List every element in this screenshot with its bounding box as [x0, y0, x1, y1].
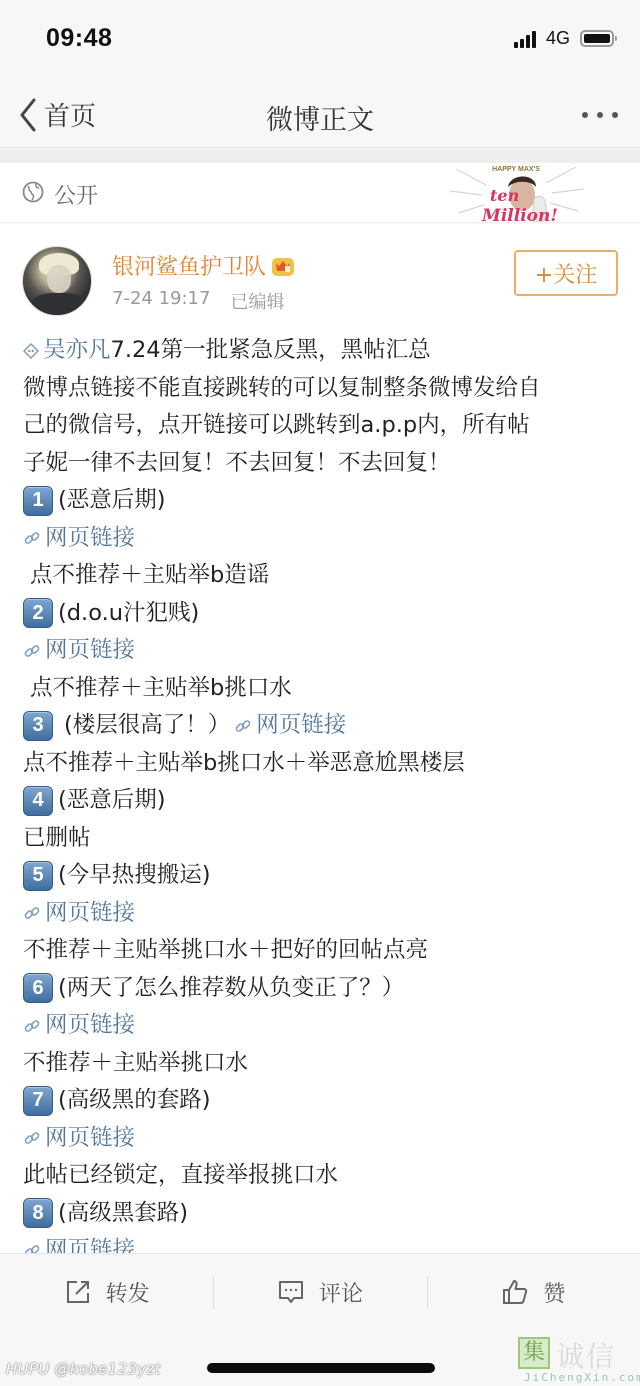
keycap-4-icon: 4	[23, 786, 53, 816]
svg-text:Million!: Million!	[481, 206, 558, 226]
post-text-line: 微博点链接不能直接跳转的可以复制整条微博发给自	[23, 370, 623, 408]
watermark-hupu: HUPU @kobe123yzt	[6, 1360, 161, 1378]
item-heading-2: 2 (d.o.u汁犯贱)	[23, 595, 623, 633]
home-indicator[interactable]	[207, 1363, 435, 1373]
keycap-3-icon: 3	[23, 711, 53, 741]
repost-button[interactable]: 转发	[0, 1254, 213, 1330]
post-text-line: 子妮一律不去回复！不去回复！不去回复！	[23, 445, 623, 483]
web-link-row: 网页链接	[23, 1232, 623, 1254]
web-link-1[interactable]: 网页链接	[23, 520, 135, 558]
item-heading-8: 8 (高级黑套路)	[23, 1195, 623, 1233]
item-note: 不推荐＋主贴举挑口水	[23, 1045, 623, 1083]
status-indicators: 4G	[514, 28, 614, 49]
more-button[interactable]	[582, 112, 618, 118]
web-link-8[interactable]: 网页链接	[23, 1232, 135, 1254]
web-link-7[interactable]: 网页链接	[23, 1120, 135, 1158]
link-icon	[23, 904, 41, 922]
svg-text:ten: ten	[490, 186, 519, 205]
comment-icon	[277, 1278, 305, 1306]
web-link-row: 网页链接	[23, 632, 623, 670]
link-icon	[234, 717, 252, 735]
item-heading-1: 1 (恶意后期)	[23, 482, 623, 520]
keycap-6-icon: 6	[23, 973, 53, 1003]
keycap-7-icon: 7	[23, 1086, 53, 1116]
repost-icon	[64, 1278, 92, 1306]
item-heading-5: 5 (今早热搜搬运)	[23, 857, 623, 895]
crown-icon	[271, 255, 295, 277]
network-type: 4G	[546, 28, 570, 49]
post-text-line: 己的微信号，点开链接可以跳转到a.p.p内，所有帖	[23, 407, 623, 445]
item-heading-7: 7 (高级黑的套路)	[23, 1082, 623, 1120]
battery-icon	[580, 30, 614, 47]
visibility-row: 公开 HAPPY MAX'S ten Million!	[0, 163, 640, 223]
item-note: 不推荐＋主贴举挑口水＋把好的回帖点亮	[23, 932, 623, 970]
post-meta: 7-24 19:17 已编辑	[112, 288, 284, 314]
item-heading-3: 3 (楼层很高了！） 网页链接	[23, 707, 623, 745]
item-heading-4: 4 (恶意后期)	[23, 782, 623, 820]
web-link-row: 网页链接	[23, 1120, 623, 1158]
like-button[interactable]: 赞	[427, 1254, 640, 1330]
topic-link[interactable]: 吴亦凡	[23, 332, 111, 370]
web-link-3[interactable]: 网页链接	[234, 707, 346, 745]
web-link-2[interactable]: 网页链接	[23, 632, 135, 670]
page-title: 微博正文	[0, 98, 640, 137]
more-icon	[582, 112, 588, 118]
watermark-logo-icon: 集	[518, 1337, 550, 1369]
post-time: 7-24 19:17	[112, 288, 210, 314]
item-note: 点不推荐＋主贴举b造谣	[23, 557, 623, 595]
status-time: 09:48	[46, 24, 112, 53]
status-bar: 09:48 4G	[0, 0, 640, 80]
avatar[interactable]	[22, 246, 92, 316]
link-icon	[23, 642, 41, 660]
post-card: 银河鲨鱼护卫队 7-24 19:17 已编辑 +关注 吴亦凡 7.24第一批紧急…	[0, 224, 640, 1254]
link-icon	[23, 529, 41, 547]
item-note: 点不推荐＋主贴举b挑口水＋举恶意尬黑楼层	[23, 745, 623, 783]
item-heading-6: 6 (两天了怎么推荐数从负变正了？）	[23, 970, 623, 1008]
web-link-6[interactable]: 网页链接	[23, 1007, 135, 1045]
link-icon	[23, 1129, 41, 1147]
visibility-label: 公开	[54, 179, 98, 210]
post-headline: 吴亦凡 7.24第一批紧急反黑，黑帖汇总	[23, 332, 623, 370]
keycap-1-icon: 1	[23, 486, 53, 516]
edited-label: 已编辑	[230, 288, 284, 314]
signal-icon	[514, 30, 536, 48]
link-icon	[23, 1017, 41, 1035]
comment-button[interactable]: 评论	[213, 1254, 426, 1330]
item-note: 点不推荐＋主贴举b挑口水	[23, 670, 623, 708]
action-bar: 转发 评论 赞	[0, 1253, 640, 1331]
nav-bar: 首页 微博正文	[0, 80, 640, 148]
keycap-8-icon: 8	[23, 1198, 53, 1228]
web-link-row: 网页链接	[23, 895, 623, 933]
author-name[interactable]: 银河鲨鱼护卫队	[112, 250, 295, 281]
super-topic-icon	[23, 343, 39, 359]
keycap-5-icon: 5	[23, 861, 53, 891]
item-note: 已删帖	[23, 820, 623, 858]
web-link-row: 网页链接	[23, 520, 623, 558]
web-link-row: 网页链接	[23, 1007, 623, 1045]
thumbs-up-icon	[501, 1278, 529, 1306]
globe-icon	[22, 181, 44, 203]
post-body: 吴亦凡 7.24第一批紧急反黑，黑帖汇总 微博点链接不能直接跳转的可以复制整条微…	[23, 332, 623, 1254]
svg-text:HAPPY MAX'S: HAPPY MAX'S	[492, 166, 540, 173]
follow-button[interactable]: +关注	[514, 250, 618, 296]
item-note: 此帖已经锁定，直接举报挑口水	[23, 1157, 623, 1195]
keycap-2-icon: 2	[23, 598, 53, 628]
watermark-jichengxin: 集 诚信 JiChengXin.com	[516, 1335, 634, 1385]
celebration-sticker-image: HAPPY MAX'S ten Million!	[446, 161, 586, 229]
web-link-5[interactable]: 网页链接	[23, 895, 135, 933]
